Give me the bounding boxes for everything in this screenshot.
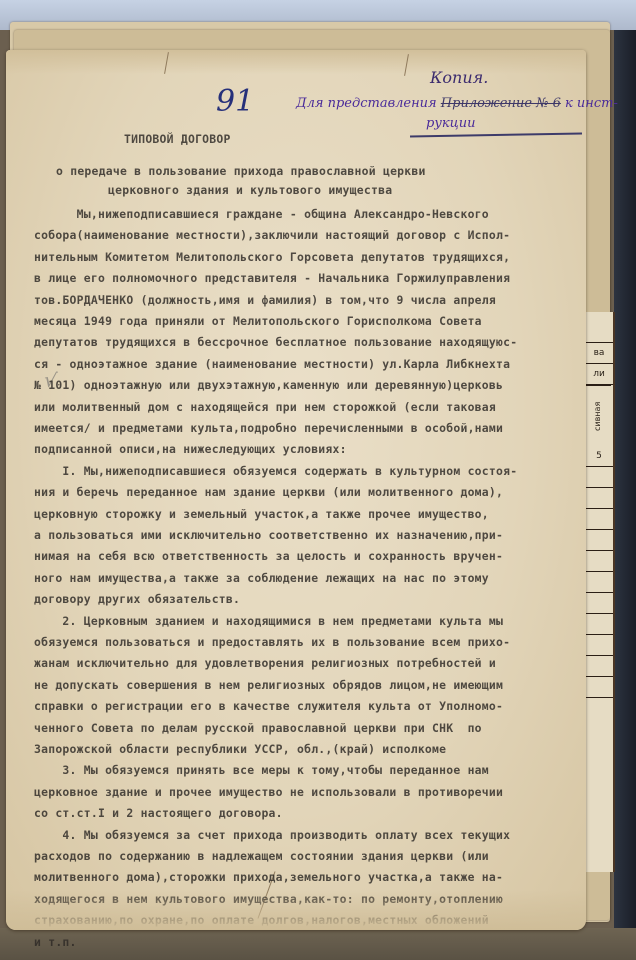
body-text-line: подписанной описи,на нижеследующих услов… <box>34 442 347 456</box>
page-fragment: ва <box>585 343 613 364</box>
body-text-line: церковное здание и прочее имущество не и… <box>34 785 503 799</box>
body-text-line: 2. Церковным зданием и находящимися в не… <box>34 614 503 628</box>
note-text: Для представления <box>296 96 437 111</box>
struck-out-text: Приложение № 6 <box>441 96 561 111</box>
page-fragment: 5 <box>585 446 613 467</box>
table-surface <box>0 928 636 960</box>
page-fragment: сивная <box>585 385 611 446</box>
ruled-cell <box>585 572 613 593</box>
ruled-cell <box>585 635 613 656</box>
document-subtitle: о передаче в пользование прихода правосл… <box>56 164 426 178</box>
body-text-line: ния и беречь переданное нам здание церкв… <box>34 485 503 499</box>
body-text-line: обязуемся пользоваться и предоставлять и… <box>34 635 510 649</box>
body-text-line: собора(наименование местности),заключили… <box>34 228 510 242</box>
body-text-line: № 101) одноэтажную или двухэтажную,камен… <box>34 378 503 392</box>
body-text-line: жанам исключительно для удовлетворения р… <box>34 656 496 670</box>
ruled-cell <box>585 656 613 677</box>
body-text-line: Мы,нижеподписавшиеся граждане - община А… <box>34 207 489 221</box>
body-text-line: I. Мы,нижеподписавшиеся обязуемся содерж… <box>34 464 517 478</box>
body-text-line: депутатов трудящихся в бессрочное беспла… <box>34 335 517 349</box>
body-text-line: ходящегося в нем культового имущества,ка… <box>34 892 503 906</box>
underlying-page-edge: ва ли сивная 5 <box>583 312 615 872</box>
body-text-line: страхованию,по охране,по оплате долгов,н… <box>34 913 489 927</box>
body-text-line: не допускать совершения в нем религиозны… <box>34 678 503 692</box>
body-text-line: тов.БОРДАЧЕНКО (должность,имя и фамилия)… <box>34 293 496 307</box>
copy-annotation: Копия. <box>430 68 488 87</box>
body-text-line: ся - одноэтажное здание (наименование ме… <box>34 357 510 371</box>
ruled-cell <box>585 551 613 572</box>
body-text-line: или молитвенный дом с находящейся при не… <box>34 400 496 414</box>
body-text-line: молитвенного дома),сторожки прихода,земе… <box>34 870 503 884</box>
body-text-line: ного нам имущества,а также за соблюдение… <box>34 571 489 585</box>
body-text-line: Запорожской области республики УССР, обл… <box>34 742 446 756</box>
document-title: ТИПОВОЙ ДОГОВОР <box>124 132 231 146</box>
sheet-number: 91 <box>216 84 254 119</box>
body-text-line: договору других обязательств. <box>34 592 240 606</box>
paper-tear <box>404 54 409 76</box>
ruled-cell <box>585 593 613 614</box>
ruled-cell <box>585 312 613 343</box>
body-text-line: ченного Совета по делам русской правосла… <box>34 721 482 735</box>
ruled-cell <box>585 530 613 551</box>
handwritten-note: Для представления Приложение № 6 к инст- <box>296 96 618 111</box>
ruled-cell <box>585 509 613 530</box>
body-text-line: и т.п. <box>34 935 77 949</box>
ruled-cell <box>585 614 613 635</box>
body-text-line: нимая на себя всю ответственность за цел… <box>34 549 503 563</box>
body-text-line: имеется/ и предметами культа,подробно пе… <box>34 421 503 435</box>
body-text-line: справки о регистрации его в качестве слу… <box>34 699 503 713</box>
body-text-line: церковную сторожку и земельный участок,а… <box>34 507 489 521</box>
body-text-line: нительным Комитетом Мелитопольского Горс… <box>34 250 510 264</box>
body-text-line: в лице его полномочного представителя - … <box>34 271 510 285</box>
ink-underline <box>410 132 582 137</box>
ruled-cell <box>585 677 613 698</box>
document-subtitle: церковного здания и культового имущества <box>108 183 392 197</box>
document-page: Копия. 91 Для представления Приложение №… <box>6 50 586 930</box>
body-text-line: а пользоваться ими исключительно соответ… <box>34 528 503 542</box>
body-text-line: со ст.ст.I и 2 настоящего договора. <box>34 806 283 820</box>
body-text-line: расходов по содержанию в надлежащем сост… <box>34 849 489 863</box>
page-fragment: ли <box>585 364 613 385</box>
note-text-end: к инст- <box>565 96 618 111</box>
body-text-line: 3. Мы обязуемся принять все меры к тому,… <box>34 763 489 777</box>
body-text-line: месяца 1949 года приняли от Мелитопольск… <box>34 314 482 328</box>
ruled-cell <box>585 488 613 509</box>
ruled-cell <box>585 467 613 488</box>
dark-background <box>614 30 636 960</box>
handwritten-note-line-2: рукции <box>426 116 475 131</box>
paper-tear <box>164 52 169 74</box>
body-text-line: 4. Мы обязуемся за счет прихода производ… <box>34 828 510 842</box>
